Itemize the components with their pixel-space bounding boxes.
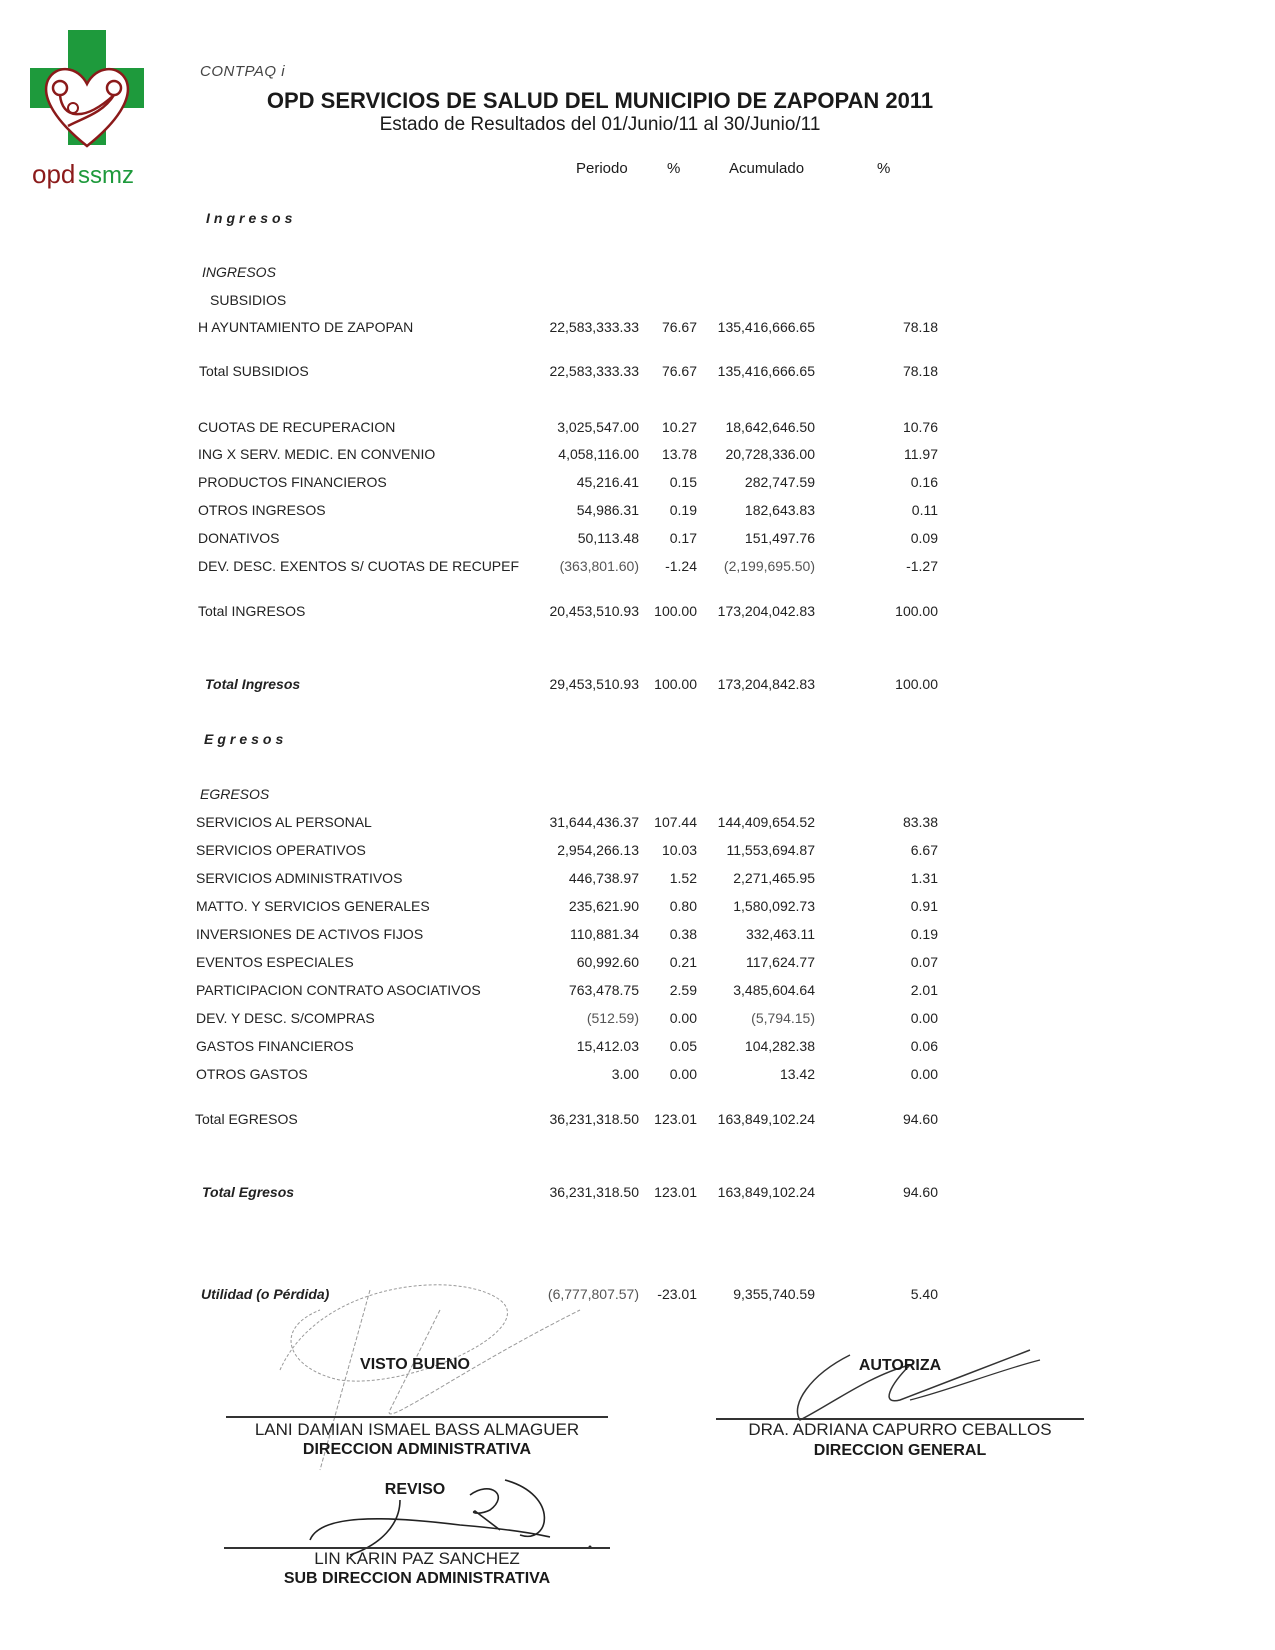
table-row: EVENTOS ESPECIALES60,992.600.21117,624.7… [0,954,1275,974]
periodo-pct-value: 0.15 [670,474,697,490]
periodo-pct-value: 0.05 [670,1038,697,1054]
row-label: EVENTOS ESPECIALES [196,954,354,970]
table-row: Utilidad (o Pérdida)(6,777,807.57)-23.01… [0,1286,1275,1306]
row-label: GASTOS FINANCIEROS [196,1038,354,1054]
periodo-value: 2,954,266.13 [557,842,639,858]
periodo-pct-value: 10.03 [662,842,697,858]
row-label: SERVICIOS AL PERSONAL [196,814,372,830]
periodo-value: 45,216.41 [577,474,639,490]
acumulado-pct-value: 0.09 [911,530,938,546]
opdssmz-logo: opd ssmz [28,28,148,188]
table-row: SERVICIOS AL PERSONAL31,644,436.37107.44… [0,814,1275,834]
row-label: Total Ingresos [205,676,300,692]
acumulado-value: 18,642,646.50 [725,419,815,435]
acumulado-value: 117,624.77 [746,954,815,970]
table-row: OTROS INGRESOS54,986.310.19182,643.830.1… [0,502,1275,522]
periodo-value: 54,986.31 [577,502,639,518]
row-label: OTROS INGRESOS [198,502,523,518]
periodo-pct-value: 13.78 [662,446,697,462]
periodo-pct-value: 0.38 [670,926,697,942]
periodo-value: (363,801.60) [560,558,639,574]
periodo-pct-value: 76.67 [662,363,697,379]
row-label: ING X SERV. MEDIC. EN CONVENIO [198,446,523,462]
acumulado-pct-value: 10.76 [903,419,938,435]
acumulado-pct-value: 78.18 [903,363,938,379]
column-header-acumulado: Acumulado [729,160,804,177]
row-label: DEV. DESC. EXENTOS S/ CUOTAS DE RECUPEF [198,558,523,574]
table-row: SERVICIOS ADMINISTRATIVOS446,738.971.522… [0,870,1275,890]
acumulado-value: 104,282.38 [745,1038,815,1054]
acumulado-pct-value: 100.00 [895,603,938,619]
row-label: Total Egresos [202,1184,294,1200]
periodo-pct-value: 76.67 [662,319,697,335]
svg-text:opd: opd [32,159,75,189]
signature-scribble-visto-bueno [260,1270,620,1510]
group-label-ingresos: INGRESOS [202,264,276,280]
acumulado-value: 135,416,666.65 [718,363,815,379]
row-label: Total EGRESOS [195,1111,298,1127]
acumulado-pct-value: 1.31 [911,870,938,886]
table-row: OTROS GASTOS3.000.0013.420.00 [0,1066,1275,1086]
periodo-pct-value: -23.01 [657,1286,697,1302]
acumulado-pct-value: 94.60 [903,1111,938,1127]
signature-line-visto-bueno [226,1416,608,1418]
acumulado-pct-value: 0.91 [911,898,938,914]
acumulado-pct-value: 0.07 [911,954,938,970]
acumulado-pct-value: 0.16 [911,474,938,490]
row-label: PARTICIPACION CONTRATO ASOCIATIVOS [196,982,481,998]
acumulado-pct-value: 83.38 [903,814,938,830]
signature-title-autoriza: AUTORIZA [820,1357,980,1375]
acumulado-pct-value: 100.00 [895,676,938,692]
row-label: DEV. Y DESC. S/COMPRAS [196,1010,375,1026]
medical-cross-heart-icon: opd ssmz [28,28,148,193]
acumulado-value: 182,643.83 [745,502,815,518]
acumulado-value: 163,849,102.24 [718,1184,815,1200]
table-row: Total Egresos36,231,318.50123.01163,849,… [0,1184,1275,1204]
acumulado-value: 13.42 [780,1066,815,1082]
periodo-value: 446,738.97 [569,870,639,886]
periodo-value: 3,025,547.00 [557,419,639,435]
signature-department-reviso: SUB DIRECCION ADMINISTRATIVA [224,1570,610,1588]
section-label-egresos: Egresos [204,731,287,747]
row-label: Total INGRESOS [198,603,305,619]
periodo-value: 50,113.48 [578,530,639,546]
acumulado-pct-value: 0.11 [912,502,938,518]
column-header-pct-acumulado: % [877,160,890,177]
row-label: INVERSIONES DE ACTIVOS FIJOS [196,926,423,942]
periodo-pct-value: 0.00 [670,1010,697,1026]
periodo-value: 20,453,510.93 [549,603,639,619]
periodo-pct-value: 1.52 [670,870,697,886]
periodo-pct-value: 0.19 [670,502,697,518]
row-label: SERVICIOS OPERATIVOS [196,842,366,858]
signature-title-reviso: REVISO [335,1481,495,1499]
periodo-pct-value: 10.27 [662,419,697,435]
table-row: PRODUCTOS FINANCIEROS45,216.410.15282,74… [0,474,1275,494]
acumulado-pct-value: 6.67 [911,842,938,858]
periodo-value: 22,583,333.33 [549,363,639,379]
periodo-pct-value: 100.00 [654,603,697,619]
periodo-pct-value: 123.01 [654,1111,697,1127]
periodo-value: 36,231,318.50 [549,1184,639,1200]
acumulado-pct-value: 78.18 [903,319,938,335]
periodo-pct-value: -1.24 [665,558,697,574]
periodo-value: 110,881.34 [570,926,639,942]
periodo-value: 29,453,510.93 [549,676,639,692]
acumulado-value: (5,794.15) [751,1010,815,1026]
table-row: Total INGRESOS20,453,510.93100.00173,204… [0,603,1275,623]
table-row: DEV. Y DESC. S/COMPRAS(512.59)0.00(5,794… [0,1010,1275,1030]
acumulado-pct-value: 0.06 [911,1038,938,1054]
acumulado-value: 1,580,092.73 [733,898,815,914]
periodo-value: (512.59) [587,1010,639,1026]
svg-text:ssmz: ssmz [78,162,134,189]
table-row: Total SUBSIDIOS22,583,333.3376.67135,416… [0,363,1275,383]
table-row: INVERSIONES DE ACTIVOS FIJOS110,881.340.… [0,926,1275,946]
periodo-pct-value: 100.00 [654,676,697,692]
signature-name-visto-bueno: LANI DAMIAN ISMAEL BASS ALMAGUER [226,1420,608,1440]
periodo-value: 763,478.75 [569,982,639,998]
table-row: ING X SERV. MEDIC. EN CONVENIO4,058,116.… [0,446,1275,466]
table-row: PARTICIPACION CONTRATO ASOCIATIVOS763,47… [0,982,1275,1002]
report-subtitle: Estado de Resultados del 01/Junio/11 al … [200,114,1000,136]
acumulado-value: 9,355,740.59 [733,1286,815,1302]
periodo-value: 36,231,318.50 [549,1111,639,1127]
sub-label-subsidios: SUBSIDIOS [210,292,286,308]
acumulado-value: (2,199,695.50) [724,558,815,574]
software-label: CONTPAQ i [200,63,285,80]
table-row: MATTO. Y SERVICIOS GENERALES235,621.900.… [0,898,1275,918]
acumulado-pct-value: -1.27 [906,558,938,574]
periodo-value: 3.00 [612,1066,639,1082]
row-label: H AYUNTAMIENTO DE ZAPOPAN [198,319,413,335]
section-label-ingresos: Ingresos [206,210,296,226]
acumulado-value: 2,271,465.95 [733,870,815,886]
periodo-value: 235,621.90 [569,898,639,914]
acumulado-value: 3,485,604.64 [733,982,815,998]
table-row: Total EGRESOS36,231,318.50123.01163,849,… [0,1111,1275,1131]
acumulado-pct-value: 0.19 [911,926,938,942]
signature-title-visto-bueno: VISTO BUENO [325,1356,505,1374]
row-label: Total SUBSIDIOS [199,363,309,379]
acumulado-pct-value: 5.40 [911,1286,938,1302]
periodo-pct-value: 0.17 [670,530,697,546]
signature-name-reviso: LIN KARIN PAZ SANCHEZ [224,1549,610,1569]
acumulado-value: 135,416,666.65 [718,319,815,335]
acumulado-value: 11,553,694.87 [727,842,816,858]
periodo-value: 31,644,436.37 [549,814,639,830]
periodo-value: (6,777,807.57) [548,1286,639,1302]
periodo-value: 4,058,116.00 [558,446,639,462]
acumulado-value: 173,204,042.83 [718,603,815,619]
periodo-value: 15,412.03 [577,1038,639,1054]
row-label: OTROS GASTOS [196,1066,308,1082]
periodo-pct-value: 107.44 [654,814,697,830]
row-label: PRODUCTOS FINANCIEROS [198,474,523,490]
table-row: CUOTAS DE RECUPERACION3,025,547.0010.271… [0,419,1275,439]
periodo-pct-value: 0.00 [670,1066,697,1082]
row-label: MATTO. Y SERVICIOS GENERALES [196,898,430,914]
periodo-pct-value: 0.21 [670,954,697,970]
acumulado-value: 332,463.11 [746,926,815,942]
periodo-pct-value: 123.01 [654,1184,697,1200]
periodo-pct-value: 2.59 [670,982,697,998]
report-title: OPD SERVICIOS DE SALUD DEL MUNICIPIO DE … [200,88,1000,114]
acumulado-value: 163,849,102.24 [718,1111,815,1127]
periodo-pct-value: 0.80 [670,898,697,914]
acumulado-pct-value: 0.00 [911,1066,938,1082]
column-header-pct-periodo: % [667,160,680,177]
signature-department-autoriza: DIRECCION GENERAL [716,1442,1084,1460]
group-label-egresos: EGRESOS [200,786,269,802]
acumulado-pct-value: 2.01 [911,982,938,998]
acumulado-pct-value: 0.00 [911,1010,938,1026]
table-row: DEV. DESC. EXENTOS S/ CUOTAS DE RECUPEF(… [0,558,1275,578]
signature-name-autoriza: DRA. ADRIANA CAPURRO CEBALLOS [716,1420,1084,1440]
row-label: SERVICIOS ADMINISTRATIVOS [196,870,402,886]
table-row: H AYUNTAMIENTO DE ZAPOPAN22,583,333.3376… [0,319,1275,339]
periodo-value: 22,583,333.33 [549,319,639,335]
table-row: SERVICIOS OPERATIVOS2,954,266.1310.0311,… [0,842,1275,862]
acumulado-value: 282,747.59 [745,474,815,490]
acumulado-value: 20,728,336.00 [725,446,815,462]
table-row: Total Ingresos29,453,510.93100.00173,204… [0,676,1275,696]
row-label: DONATIVOS [198,530,523,546]
periodo-value: 60,992.60 [577,954,639,970]
row-label: Utilidad (o Pérdida) [201,1286,329,1302]
table-row: GASTOS FINANCIEROS15,412.030.05104,282.3… [0,1038,1275,1058]
acumulado-value: 151,497.76 [745,530,815,546]
acumulado-value: 173,204,842.83 [718,676,815,692]
signature-department-visto-bueno: DIRECCION ADMINISTRATIVA [226,1441,608,1459]
row-label: CUOTAS DE RECUPERACION [198,419,523,435]
column-header-periodo: Periodo [576,160,628,177]
acumulado-value: 144,409,654.52 [718,814,815,830]
table-row: DONATIVOS50,113.480.17151,497.760.09 [0,530,1275,550]
acumulado-pct-value: 94.60 [903,1184,938,1200]
acumulado-pct-value: 11.97 [904,446,938,462]
